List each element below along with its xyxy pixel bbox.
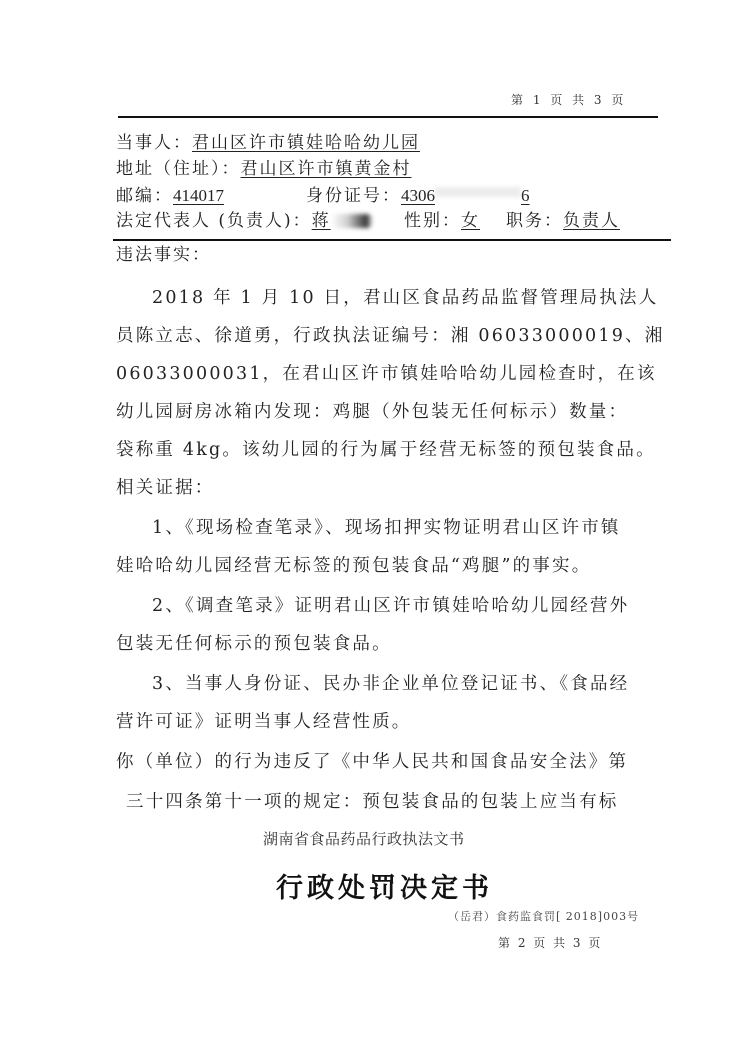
evidence-heading: 相关证据：: [116, 474, 215, 499]
page-indicator-top: 第 1 页 共 3 页: [511, 91, 626, 108]
agency-name: 湖南省食品药品行政执法文书: [263, 828, 465, 849]
id-number-suffix: 6: [521, 186, 530, 205]
gender-label: 性别：: [404, 211, 461, 231]
page-indicator-bottom: 第 2 页 共 3 页: [498, 934, 602, 951]
evidence-line-3: 2、《调查笔录》证明君山区许市镇娃哈哈幼儿园经营外: [152, 592, 629, 617]
position-label: 职务：: [506, 211, 563, 231]
party-address-row: 地址（住址）：君山区许市镇黄金村: [116, 157, 412, 181]
position-row: 职务：负责人: [506, 209, 620, 233]
party-address-label: 地址（住址）：: [116, 159, 241, 179]
postcode-label: 邮编：: [116, 186, 173, 206]
id-redaction: [435, 187, 521, 197]
position-value: 负责人: [563, 211, 620, 231]
facts-line-3: 06033000031，在君山区许市镇娃哈哈幼儿园检查时，在该: [116, 360, 657, 385]
legal-rep-label: 法定代表人 (负责人)：: [116, 211, 312, 231]
evidence-line-5: 3、当事人身份证、民办非企业单位登记证书、《食品经: [152, 670, 629, 695]
top-rule: [118, 116, 658, 118]
id-number-prefix: 4306: [401, 186, 435, 205]
party-name-label: 当事人：: [116, 133, 192, 153]
gender-row: 性别：女: [404, 209, 480, 233]
evidence-line-1: 1、《现场检查笔录》、现场扣押实物证明君山区许市镇: [152, 514, 621, 539]
id-number-label: 身份证号：: [306, 186, 401, 206]
evidence-line-4: 包装无任何标示的预包装食品。: [116, 630, 392, 655]
party-name-value: 君山区许市镇娃哈哈幼儿园: [192, 133, 420, 153]
facts-heading: 违法事实：: [116, 243, 211, 267]
postcode-value: 414017: [173, 186, 224, 205]
facts-line-1: 2018 年 1 月 10 日，君山区食品药品监督管理局执法人: [152, 284, 658, 309]
document-title: 行政处罚决定书: [276, 866, 493, 905]
party-address-value: 君山区许市镇黄金村: [241, 159, 412, 179]
id-number-value: 43066: [401, 186, 530, 205]
legal-rep-value: 蒋: [312, 211, 373, 231]
name-redaction: [331, 214, 373, 228]
facts-line-4: 幼儿园厨房冰箱内发现：鸡腿（外包装无任何标示）数量：: [116, 398, 628, 423]
party-name-row: 当事人：君山区许市镇娃哈哈幼儿园: [116, 131, 420, 155]
postcode-row: 邮编：414017: [116, 184, 224, 208]
gender-value: 女: [461, 211, 480, 231]
evidence-line-6: 营许可证》证明当事人经营性质。: [116, 708, 412, 733]
facts-line-5: 袋称重 4kg。该幼儿园的行为属于经营无标签的预包装食品。: [116, 436, 656, 461]
evidence-line-2: 娃哈哈幼儿园经营无标签的预包装食品“鸡腿”的事实。: [116, 552, 591, 577]
violation-line-2: 三十四条第十一项的规定：预包装食品的包装上应当有标: [126, 788, 619, 813]
legal-rep-name: 蒋: [312, 211, 331, 231]
document-number: （岳君）食药监食罚[ 2018]003号: [448, 908, 639, 924]
facts-line-2: 员陈立志、徐道勇，行政执法证编号：湘 06033000019、湘: [116, 322, 664, 347]
legal-rep-row: 法定代表人 (负责人)：蒋: [116, 209, 373, 233]
id-number-row: 身份证号：43066: [306, 184, 530, 208]
party-bottom-rule: [113, 239, 671, 241]
violation-line-1: 你（单位）的行为违反了《中华人民共和国食品安全法》第: [116, 748, 628, 773]
